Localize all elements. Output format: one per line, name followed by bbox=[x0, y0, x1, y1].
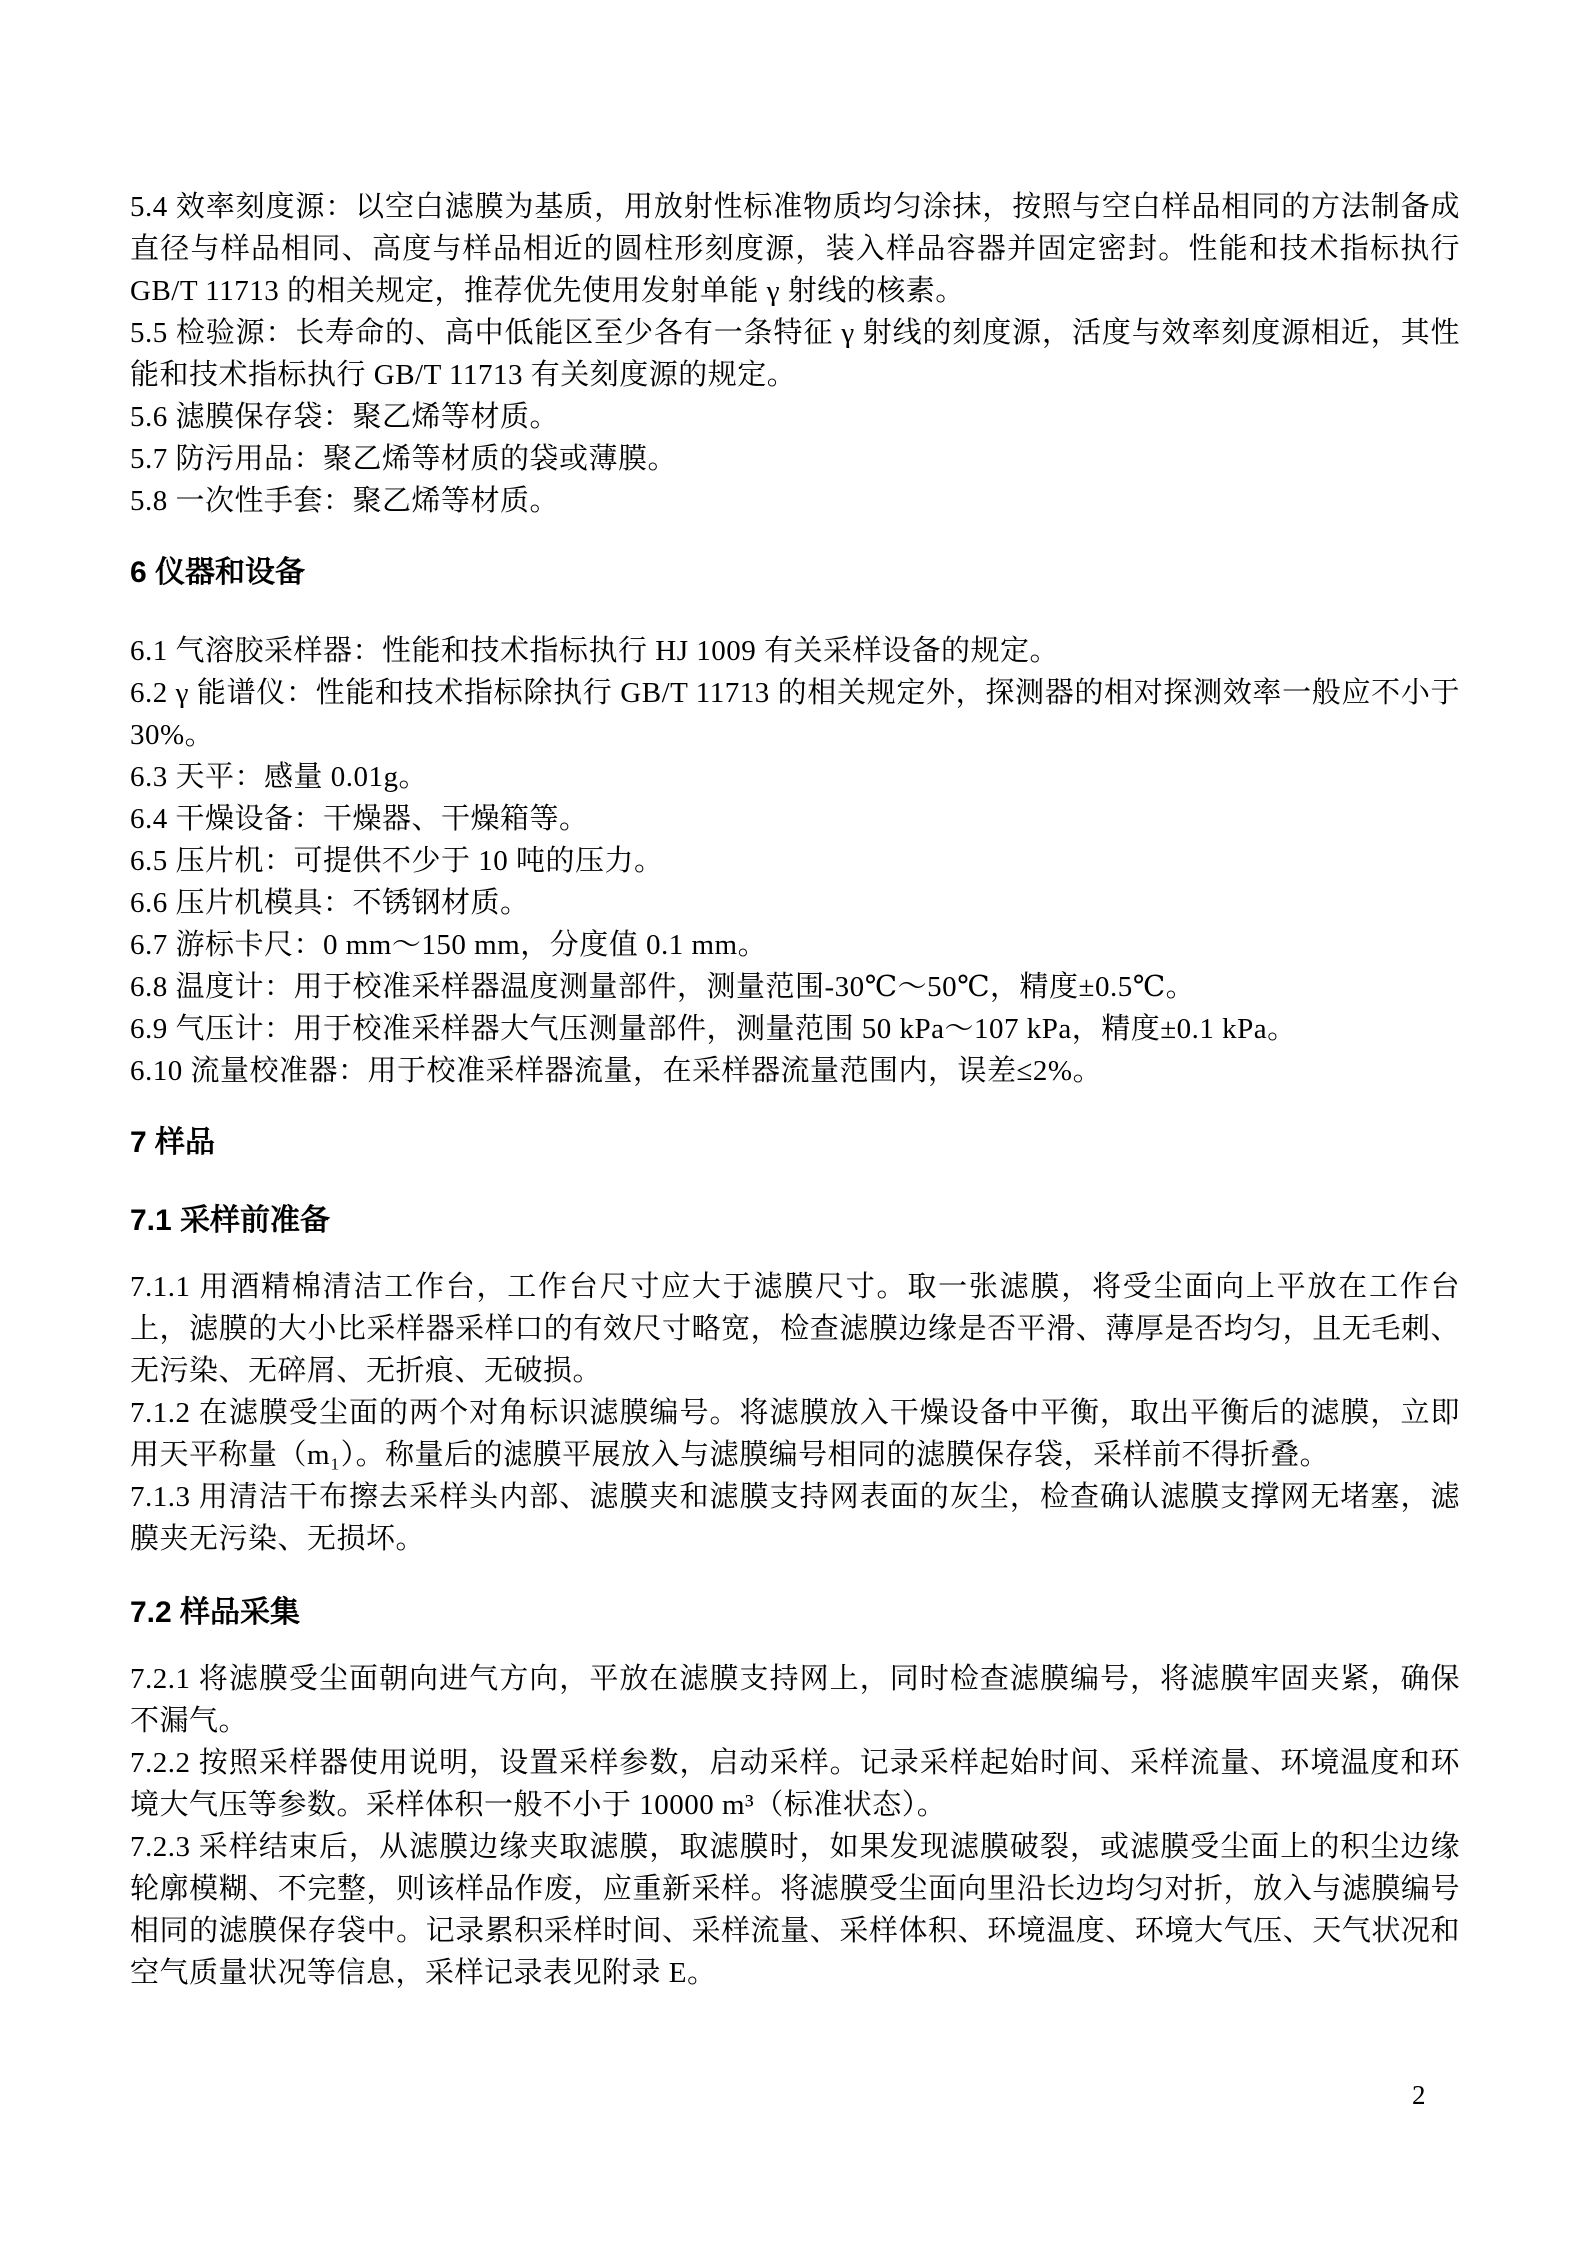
clause-5-5: 5.5 检验源：长寿命的、高中低能区至少各有一条特征 γ 射线的刻度源，活度与效… bbox=[130, 312, 1460, 396]
clause-6-7: 6.7 游标卡尺：0 mm～150 mm，分度值 0.1 mm。 bbox=[130, 924, 1460, 966]
clause-5-7: 5.7 防污用品：聚乙烯等材质的袋或薄膜。 bbox=[130, 438, 1460, 480]
clause-6-4: 6.4 干燥设备：干燥器、干燥箱等。 bbox=[130, 798, 1460, 840]
clause-6-3: 6.3 天平：感量 0.01g。 bbox=[130, 756, 1460, 798]
document-body: 5.4 效率刻度源：以空白滤膜为基质，用放射性标准物质均匀涂抹，按照与空白样品相… bbox=[130, 186, 1460, 1994]
clause-5-4: 5.4 效率刻度源：以空白滤膜为基质，用放射性标准物质均匀涂抹，按照与空白样品相… bbox=[130, 186, 1460, 312]
section-6-heading: 6 仪器和设备 bbox=[130, 552, 1460, 594]
clause-7-2-3: 7.2.3 采样结束后，从滤膜边缘夹取滤膜，取滤膜时，如果发现滤膜破裂，或滤膜受… bbox=[130, 1826, 1460, 1994]
page-number: 2 bbox=[1412, 2078, 1426, 2112]
section-7-2-heading: 7.2 样品采集 bbox=[130, 1592, 1460, 1634]
clause-7-2-1: 7.2.1 将滤膜受尘面朝向进气方向，平放在滤膜支持网上，同时检查滤膜编号，将滤… bbox=[130, 1658, 1460, 1742]
clause-6-10: 6.10 流量校准器：用于校准采样器流量，在采样器流量范围内，误差≤2%。 bbox=[130, 1050, 1460, 1092]
clause-6-5: 6.5 压片机：可提供不少于 10 吨的压力。 bbox=[130, 840, 1460, 882]
clause-7-2-2: 7.2.2 按照采样器使用说明，设置采样参数，启动采样。记录采样起始时间、采样流… bbox=[130, 1742, 1460, 1826]
clause-6-1: 6.1 气溶胶采样器：性能和技术指标执行 HJ 1009 有关采样设备的规定。 bbox=[130, 630, 1460, 672]
clause-7-1-2: 7.1.2 在滤膜受尘面的两个对角标识滤膜编号。将滤膜放入干燥设备中平衡，取出平… bbox=[130, 1392, 1460, 1476]
clause-5-8: 5.8 一次性手套：聚乙烯等材质。 bbox=[130, 480, 1460, 522]
section-7-heading: 7 样品 bbox=[130, 1122, 1460, 1164]
clause-6-9: 6.9 气压计：用于校准采样器大气压测量部件，测量范围 50 kPa～107 k… bbox=[130, 1008, 1460, 1050]
clause-6-2: 6.2 γ 能谱仪：性能和技术指标除执行 GB/T 11713 的相关规定外，探… bbox=[130, 672, 1460, 756]
clause-6-6: 6.6 压片机模具：不锈钢材质。 bbox=[130, 882, 1460, 924]
clause-6-8: 6.8 温度计：用于校准采样器温度测量部件，测量范围-30℃～50℃，精度±0.… bbox=[130, 966, 1460, 1008]
document-page: 5.4 效率刻度源：以空白滤膜为基质，用放射性标准物质均匀涂抹，按照与空白样品相… bbox=[0, 0, 1587, 2245]
section-7-1-heading: 7.1 采样前准备 bbox=[130, 1200, 1460, 1242]
clause-7-1-3: 7.1.3 用清洁干布擦去采样头内部、滤膜夹和滤膜支持网表面的灰尘，检查确认滤膜… bbox=[130, 1476, 1460, 1560]
clause-5-6: 5.6 滤膜保存袋：聚乙烯等材质。 bbox=[130, 396, 1460, 438]
clause-7-1-1: 7.1.1 用酒精棉清洁工作台，工作台尺寸应大于滤膜尺寸。取一张滤膜，将受尘面向… bbox=[130, 1266, 1460, 1392]
